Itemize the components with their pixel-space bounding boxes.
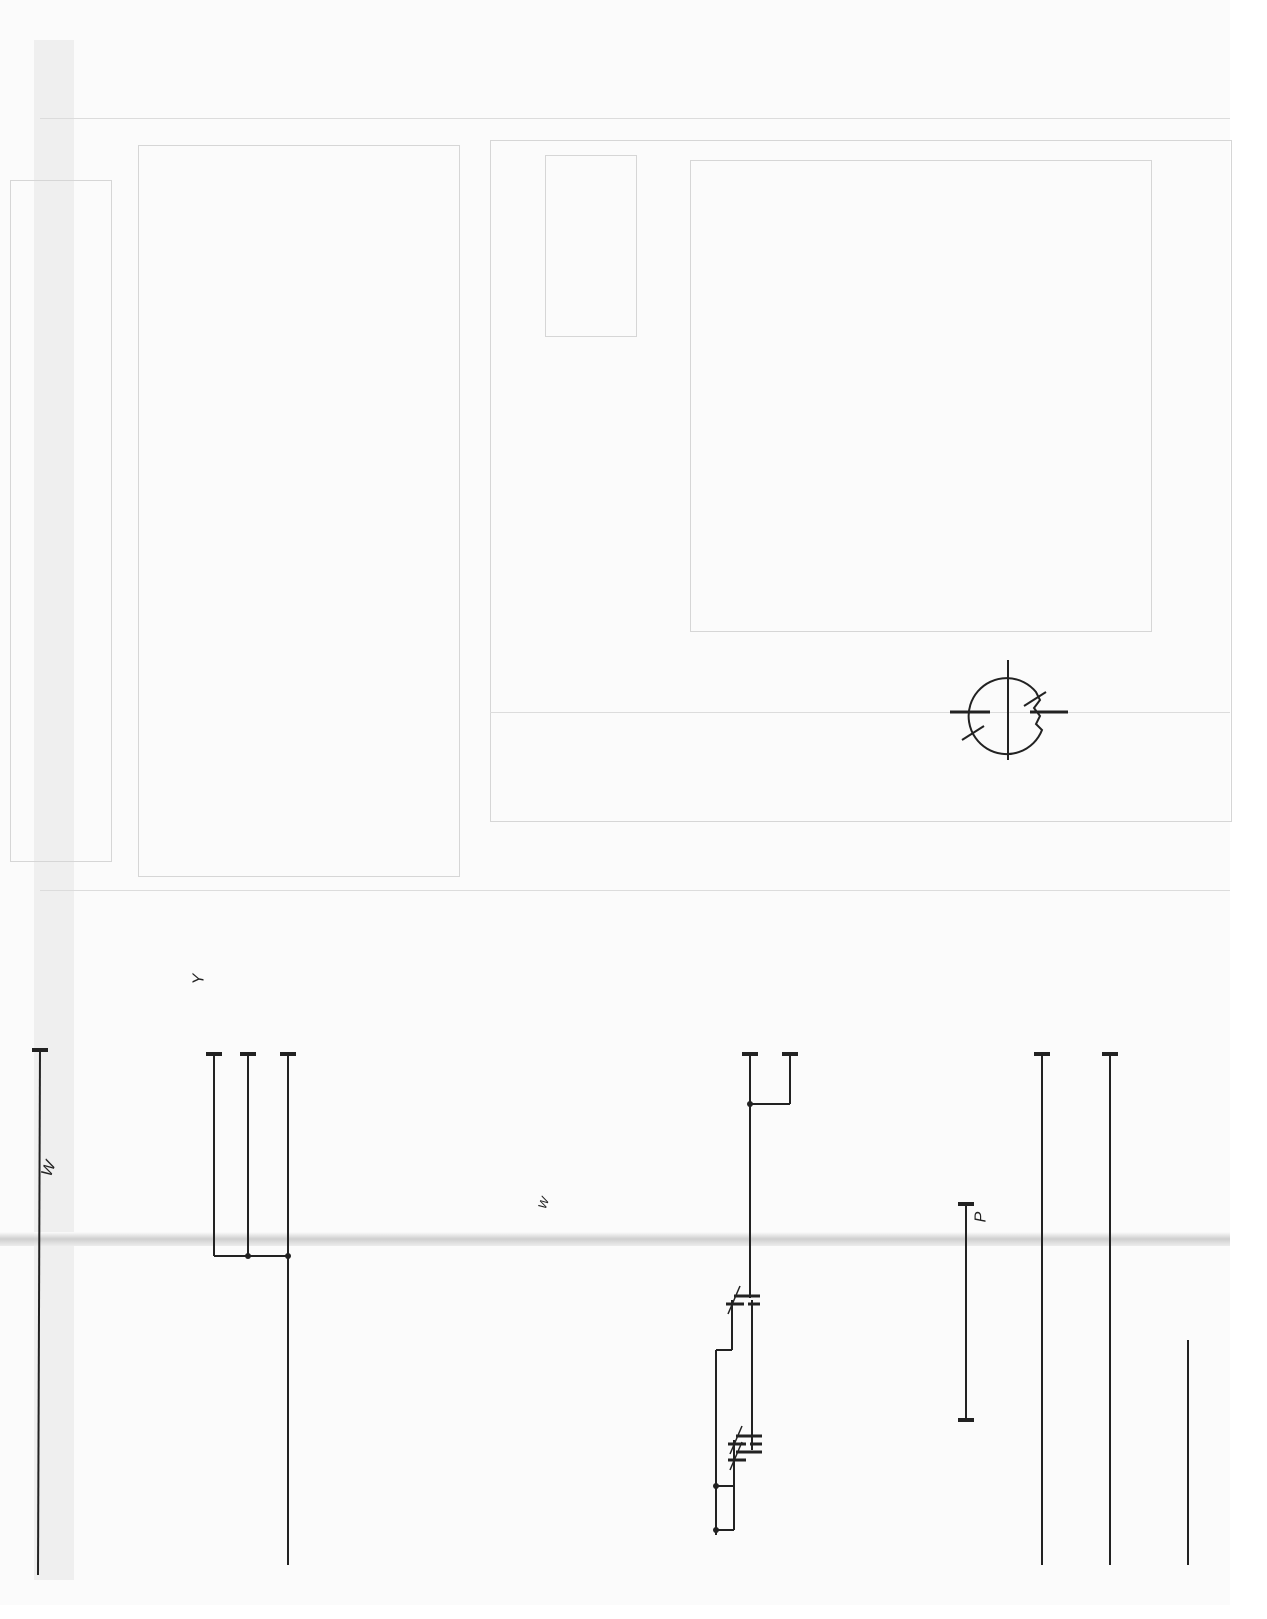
drawing-sheet: W W P Y [0,0,1230,1605]
motor-circle-symbol [950,660,1068,760]
rung-label-p: P [972,1212,990,1223]
rung-label-y: Y [190,974,208,985]
wiring-ink-layer [0,0,1267,1619]
